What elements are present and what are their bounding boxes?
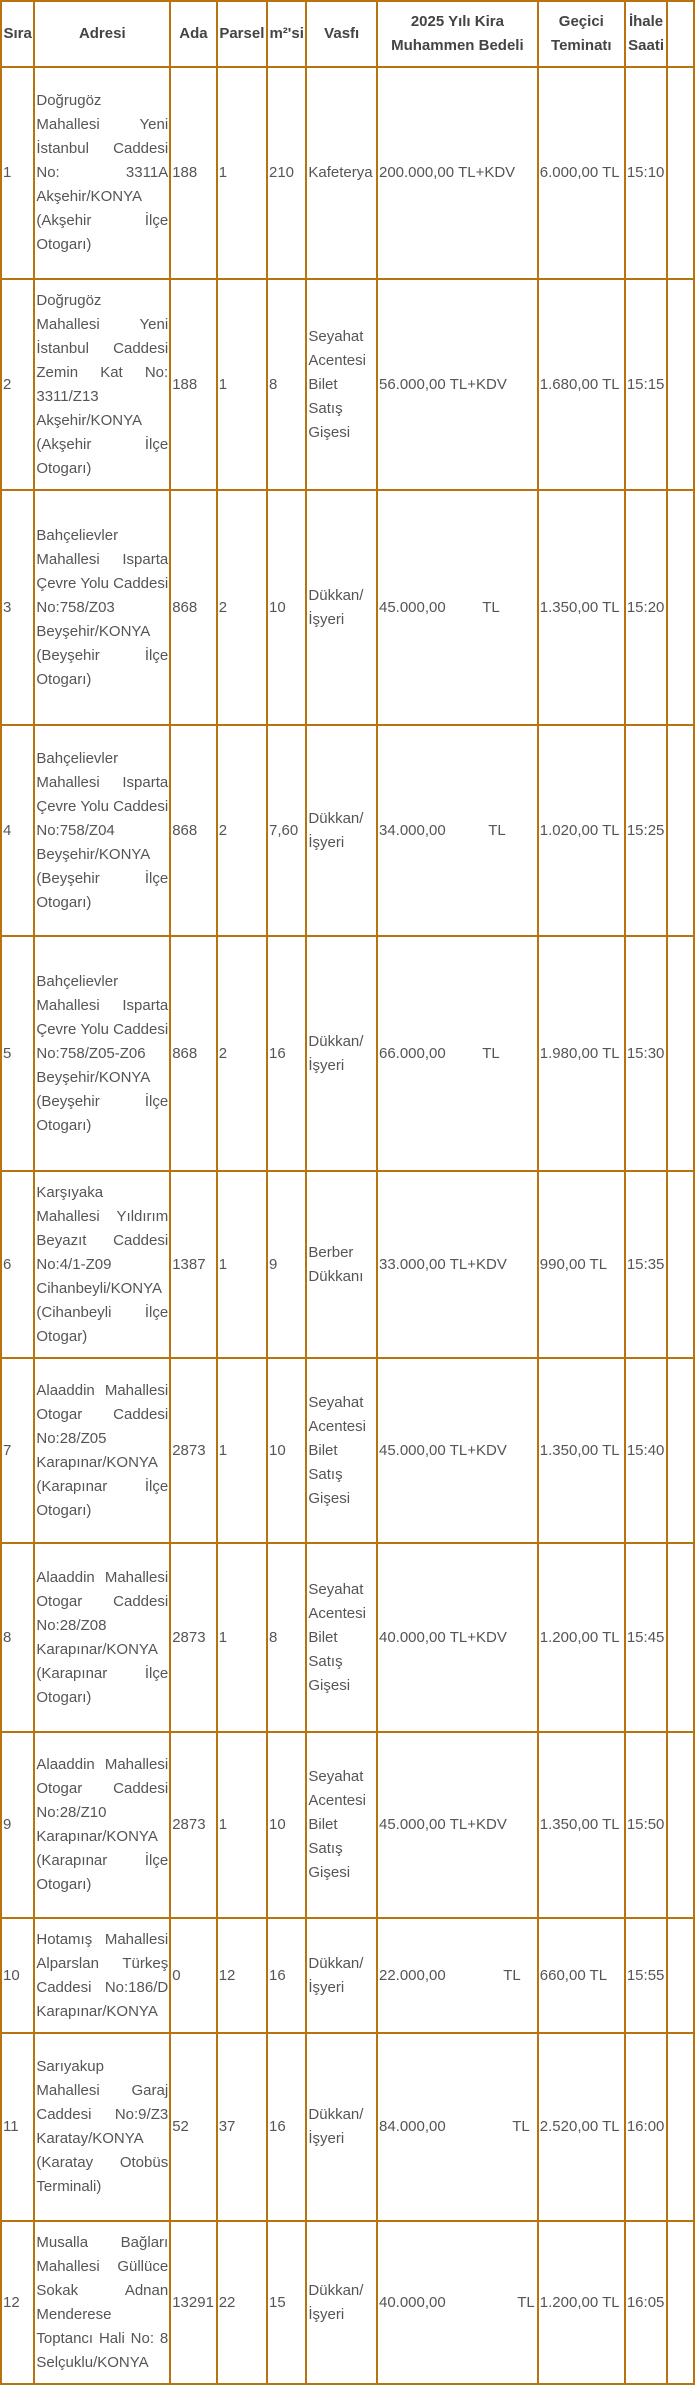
bedel-amount: 56.000,00: [379, 373, 446, 397]
cell-sira: 10: [1, 1918, 34, 2033]
cell-ada: 2873: [170, 1732, 217, 1918]
cell-teminat: 990,00 TL: [538, 1171, 625, 1358]
cell-saat: 15:20: [625, 490, 667, 725]
cell-sira: 6: [1, 1171, 34, 1358]
cell-sira: 5: [1, 936, 34, 1171]
bedel-suffix: TL+KDV: [450, 1626, 507, 1650]
cell-overflow: [667, 1918, 694, 2033]
bedel-value: 40.000,00 TL+KDV: [379, 1626, 536, 1650]
cell-m2: 16: [267, 936, 306, 1171]
cell-m2: 8: [267, 1543, 306, 1732]
bedel-suffix: TL: [503, 1964, 521, 1988]
bedel-value: 45.000,00 TL: [379, 596, 536, 620]
header-teminat: Geçici Teminatı: [538, 1, 625, 67]
cell-vasfi: Kafeterya: [306, 67, 377, 279]
cell-overflow: [667, 725, 694, 936]
cell-m2: 210: [267, 67, 306, 279]
bedel-value: 56.000,00 TL+KDV: [379, 373, 536, 397]
table-row: 11 Sarıyakup Mahallesi Garaj Caddesi No:…: [1, 2033, 694, 2221]
cell-sira: 11: [1, 2033, 34, 2221]
cell-ada: 188: [170, 67, 217, 279]
cell-sira: 4: [1, 725, 34, 936]
cell-teminat: 660,00 TL: [538, 1918, 625, 2033]
cell-saat: 15:15: [625, 279, 667, 490]
cell-parsel: 22: [217, 2221, 267, 2384]
cell-saat: 15:55: [625, 1918, 667, 2033]
bedel-amount: 84.000,00: [379, 2115, 446, 2139]
bedel-amount: 45.000,00: [379, 596, 446, 620]
header-ada: Ada: [170, 1, 217, 67]
bedel-suffix: TL: [482, 596, 500, 620]
cell-parsel: 1: [217, 1171, 267, 1358]
header-row: Sıra Adresi Ada Parsel m²'si Vasfı 2025 …: [1, 1, 694, 67]
cell-saat: 15:45: [625, 1543, 667, 1732]
cell-adresi: Bahçelievler Mahallesi Isparta Çevre Yol…: [34, 490, 170, 725]
cell-bedel: 200.000,00 TL+KDV: [377, 67, 538, 279]
bedel-amount: 33.000,00: [379, 1253, 446, 1277]
bedel-value: 40.000,00 TL: [379, 2291, 536, 2315]
cell-vasfi: Berber Dükkanı: [306, 1171, 377, 1358]
cell-saat: 15:30: [625, 936, 667, 1171]
header-vasfi: Vasfı: [306, 1, 377, 67]
table-row: 3 Bahçelievler Mahallesi Isparta Çevre Y…: [1, 490, 694, 725]
cell-sira: 7: [1, 1358, 34, 1543]
cell-m2: 7,60: [267, 725, 306, 936]
cell-ada: 1387: [170, 1171, 217, 1358]
table-row: 7 Alaaddin Mahallesi Otogar Caddesi No:2…: [1, 1358, 694, 1543]
cell-parsel: 37: [217, 2033, 267, 2221]
cell-m2: 16: [267, 2033, 306, 2221]
cell-bedel: 40.000,00 TL+KDV: [377, 1543, 538, 1732]
cell-vasfi: Seyahat Acentesi Bilet Satış Gişesi: [306, 1543, 377, 1732]
cell-saat: 16:05: [625, 2221, 667, 2384]
cell-bedel: 45.000,00 TL+KDV: [377, 1358, 538, 1543]
cell-ada: 2873: [170, 1358, 217, 1543]
cell-adresi: Bahçelievler Mahallesi Isparta Çevre Yol…: [34, 936, 170, 1171]
cell-vasfi: Dükkan/ İşyeri: [306, 2033, 377, 2221]
bedel-value: 33.000,00 TL+KDV: [379, 1253, 536, 1277]
table-row: 4 Bahçelievler Mahallesi Isparta Çevre Y…: [1, 725, 694, 936]
bedel-suffix: TL: [488, 819, 506, 843]
cell-ada: 188: [170, 279, 217, 490]
cell-adresi: Sarıyakup Mahallesi Garaj Caddesi No:9/Z…: [34, 2033, 170, 2221]
cell-parsel: 1: [217, 1732, 267, 1918]
cell-teminat: 1.200,00 TL: [538, 2221, 625, 2384]
bedel-suffix: TL: [482, 1042, 500, 1066]
cell-teminat: 1.020,00 TL: [538, 725, 625, 936]
cell-bedel: 45.000,00 TL+KDV: [377, 1732, 538, 1918]
cell-teminat: 1.200,00 TL: [538, 1543, 625, 1732]
table-row: 12 Musalla Bağları Mahallesi Güllüce Sok…: [1, 2221, 694, 2384]
cell-overflow: [667, 936, 694, 1171]
cell-m2: 10: [267, 1732, 306, 1918]
bedel-suffix: TL+KDV: [450, 1253, 507, 1277]
cell-overflow: [667, 279, 694, 490]
cell-m2: 8: [267, 279, 306, 490]
cell-vasfi: Seyahat Acentesi Bilet Satış Gişesi: [306, 1732, 377, 1918]
cell-sira: 1: [1, 67, 34, 279]
bedel-amount: 40.000,00: [379, 1626, 446, 1650]
cell-adresi: Doğrugöz Mahallesi Yeni İstanbul Caddesi…: [34, 67, 170, 279]
bedel-amount: 40.000,00: [379, 2291, 446, 2315]
cell-m2: 10: [267, 490, 306, 725]
bedel-amount: 45.000,00: [379, 1439, 446, 1463]
cell-sira: 8: [1, 1543, 34, 1732]
cell-teminat: 2.520,00 TL: [538, 2033, 625, 2221]
cell-vasfi: Dükkan/ İşyeri: [306, 1918, 377, 2033]
cell-m2: 16: [267, 1918, 306, 2033]
cell-bedel: 84.000,00 TL: [377, 2033, 538, 2221]
cell-parsel: 1: [217, 1358, 267, 1543]
bedel-value: 45.000,00 TL+KDV: [379, 1439, 536, 1463]
cell-ada: 52: [170, 2033, 217, 2221]
cell-teminat: 1.350,00 TL: [538, 1732, 625, 1918]
cell-teminat: 1.350,00 TL: [538, 490, 625, 725]
cell-parsel: 1: [217, 279, 267, 490]
bedel-value: 22.000,00 TL: [379, 1964, 536, 1988]
cell-adresi: Karşıyaka Mahallesi Yıldırım Beyazıt Cad…: [34, 1171, 170, 1358]
cell-adresi: Musalla Bağları Mahallesi Güllüce Sokak …: [34, 2221, 170, 2384]
cell-bedel: 33.000,00 TL+KDV: [377, 1171, 538, 1358]
bedel-value: 34.000,00 TL: [379, 819, 536, 843]
cell-overflow: [667, 2033, 694, 2221]
table-row: 1 Doğrugöz Mahallesi Yeni İstanbul Cadde…: [1, 67, 694, 279]
header-bedel: 2025 Yılı Kira Muhammen Bedeli: [377, 1, 538, 67]
cell-sira: 12: [1, 2221, 34, 2384]
cell-sira: 2: [1, 279, 34, 490]
cell-vasfi: Dükkan/ İşyeri: [306, 936, 377, 1171]
cell-ada: 868: [170, 725, 217, 936]
bedel-value: 45.000,00 TL+KDV: [379, 1813, 536, 1837]
table-row: 2 Doğrugöz Mahallesi Yeni İstanbul Cadde…: [1, 279, 694, 490]
cell-saat: 15:25: [625, 725, 667, 936]
cell-teminat: 1.680,00 TL: [538, 279, 625, 490]
header-overflow: [667, 1, 694, 67]
cell-overflow: [667, 67, 694, 279]
cell-adresi: Alaaddin Mahallesi Otogar Caddesi No:28/…: [34, 1543, 170, 1732]
cell-overflow: [667, 1732, 694, 1918]
bedel-suffix: TL+KDV: [450, 1439, 507, 1463]
table-row: 6 Karşıyaka Mahallesi Yıldırım Beyazıt C…: [1, 1171, 694, 1358]
cell-ada: 2873: [170, 1543, 217, 1732]
cell-ada: 13291: [170, 2221, 217, 2384]
cell-ada: 0: [170, 1918, 217, 2033]
tender-table: Sıra Adresi Ada Parsel m²'si Vasfı 2025 …: [0, 0, 695, 2385]
cell-m2: 9: [267, 1171, 306, 1358]
cell-bedel: 45.000,00 TL: [377, 490, 538, 725]
cell-teminat: 6.000,00 TL: [538, 67, 625, 279]
cell-bedel: 66.000,00 TL: [377, 936, 538, 1171]
table-body: 1 Doğrugöz Mahallesi Yeni İstanbul Cadde…: [1, 67, 694, 2384]
cell-parsel: 12: [217, 1918, 267, 2033]
cell-parsel: 2: [217, 936, 267, 1171]
cell-adresi: Doğrugöz Mahallesi Yeni İstanbul Caddesi…: [34, 279, 170, 490]
cell-m2: 10: [267, 1358, 306, 1543]
cell-bedel: 22.000,00 TL: [377, 1918, 538, 2033]
bedel-amount: 34.000,00: [379, 819, 446, 843]
cell-vasfi: Seyahat Acentesi Bilet Satış Gişesi: [306, 1358, 377, 1543]
cell-vasfi: Seyahat Acentesi Bilet Satış Gişesi: [306, 279, 377, 490]
cell-parsel: 2: [217, 490, 267, 725]
cell-overflow: [667, 1358, 694, 1543]
bedel-suffix: TL: [517, 2291, 535, 2315]
cell-saat: 16:00: [625, 2033, 667, 2221]
header-saat: İhale Saati: [625, 1, 667, 67]
cell-saat: 15:10: [625, 67, 667, 279]
cell-vasfi: Dükkan/ İşyeri: [306, 490, 377, 725]
bedel-suffix: TL+KDV: [458, 161, 515, 185]
cell-ada: 868: [170, 936, 217, 1171]
cell-parsel: 2: [217, 725, 267, 936]
bedel-value: 66.000,00 TL: [379, 1042, 536, 1066]
cell-sira: 3: [1, 490, 34, 725]
bedel-suffix: TL+KDV: [450, 1813, 507, 1837]
cell-parsel: 1: [217, 1543, 267, 1732]
cell-overflow: [667, 2221, 694, 2384]
table-row: 9 Alaaddin Mahallesi Otogar Caddesi No:2…: [1, 1732, 694, 1918]
bedel-value: 84.000,00 TL: [379, 2115, 536, 2139]
table-row: 8 Alaaddin Mahallesi Otogar Caddesi No:2…: [1, 1543, 694, 1732]
bedel-value: 200.000,00 TL+KDV: [379, 161, 536, 185]
header-sira: Sıra: [1, 1, 34, 67]
table-row: 5 Bahçelievler Mahallesi Isparta Çevre Y…: [1, 936, 694, 1171]
cell-vasfi: Dükkan/ İşyeri: [306, 725, 377, 936]
bedel-amount: 22.000,00: [379, 1964, 446, 1988]
bedel-suffix: TL: [512, 2115, 530, 2139]
cell-adresi: Hotamış Mahallesi Alparslan Türkeş Cadde…: [34, 1918, 170, 2033]
cell-ada: 868: [170, 490, 217, 725]
bedel-amount: 66.000,00: [379, 1042, 446, 1066]
bedel-amount: 200.000,00: [379, 161, 454, 185]
cell-adresi: Alaaddin Mahallesi Otogar Caddesi No:28/…: [34, 1732, 170, 1918]
cell-vasfi: Dükkan/ İşyeri: [306, 2221, 377, 2384]
cell-bedel: 40.000,00 TL: [377, 2221, 538, 2384]
table-row: 10 Hotamış Mahallesi Alparslan Türkeş Ca…: [1, 1918, 694, 2033]
cell-overflow: [667, 490, 694, 725]
cell-parsel: 1: [217, 67, 267, 279]
cell-sira: 9: [1, 1732, 34, 1918]
cell-adresi: Bahçelievler Mahallesi Isparta Çevre Yol…: [34, 725, 170, 936]
cell-teminat: 1.350,00 TL: [538, 1358, 625, 1543]
cell-overflow: [667, 1171, 694, 1358]
cell-bedel: 56.000,00 TL+KDV: [377, 279, 538, 490]
header-parsel: Parsel: [217, 1, 267, 67]
cell-teminat: 1.980,00 TL: [538, 936, 625, 1171]
cell-m2: 15: [267, 2221, 306, 2384]
cell-saat: 15:40: [625, 1358, 667, 1543]
cell-saat: 15:50: [625, 1732, 667, 1918]
cell-overflow: [667, 1543, 694, 1732]
cell-saat: 15:35: [625, 1171, 667, 1358]
cell-bedel: 34.000,00 TL: [377, 725, 538, 936]
cell-adresi: Alaaddin Mahallesi Otogar Caddesi No:28/…: [34, 1358, 170, 1543]
bedel-amount: 45.000,00: [379, 1813, 446, 1837]
header-m2: m²'si: [267, 1, 306, 67]
bedel-suffix: TL+KDV: [450, 373, 507, 397]
header-adresi: Adresi: [34, 1, 170, 67]
